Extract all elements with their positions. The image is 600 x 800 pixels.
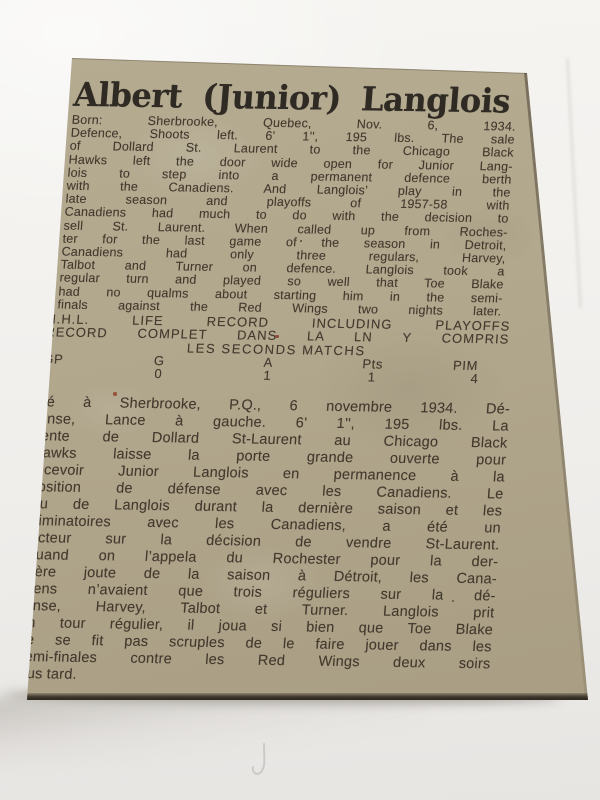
- stats-value-cell: 1: [213, 368, 321, 383]
- stats-value-cell: 8: [42, 366, 103, 380]
- stats-header-cell: PIM: [423, 359, 508, 374]
- stats-value-cell: 0: [102, 367, 214, 382]
- english-bio: Born: Sherbrooke, Quebec, Nov. 6, 1934.D…: [57, 114, 516, 319]
- card-bottom-edge: [27, 693, 589, 700]
- paper-speck: [160, 520, 163, 522]
- card-printed-content: Albert (Junior) Langlois Born: Sherbrook…: [20, 78, 518, 690]
- card-shadow-spread: [0, 696, 432, 768]
- paper-speck: [275, 335, 279, 338]
- stats-header-cell: GP: [43, 353, 104, 367]
- paper-speck: [452, 600, 454, 602]
- paper-speck: [113, 392, 117, 396]
- paper-speck: [300, 240, 302, 242]
- stats-value-cell: 4: [432, 372, 517, 387]
- photo-scene: Albert (Junior) Langlois Born: Sherbrook…: [0, 0, 600, 800]
- hockey-card-back: Albert (Junior) Langlois Born: Sherbrook…: [27, 54, 589, 700]
- french-bio: Né à Sherbrooke, P.Q., 6 novembre 1934. …: [16, 394, 511, 673]
- stray-fiber: [250, 742, 276, 780]
- record-section: N.H.L. LIFE RECORD INCLUDING PLAYOFFSREC…: [42, 312, 511, 386]
- player-name-title: Albert (Junior) Langlois: [72, 78, 505, 119]
- stats-value-cell: 1: [320, 370, 423, 385]
